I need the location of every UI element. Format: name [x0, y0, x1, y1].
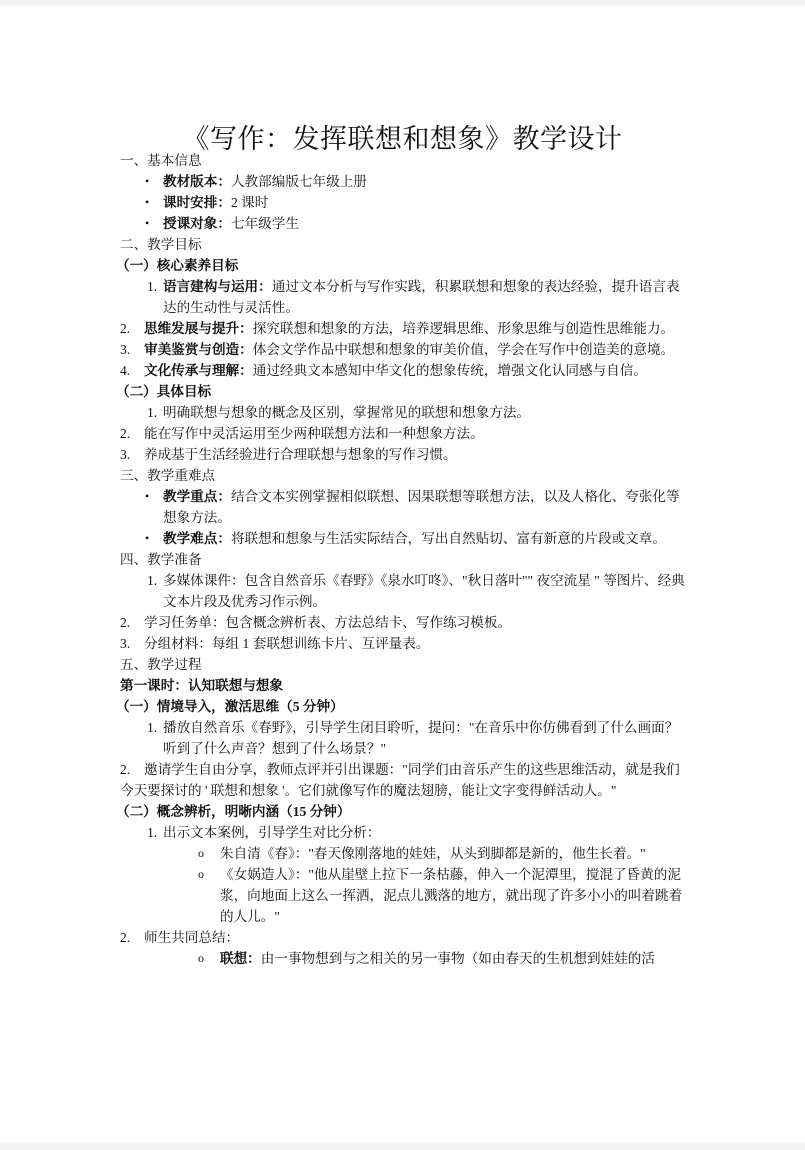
sub-list-item: o 联想：由一事物想到与之相关的另一事物（如由春天的生机想到娃娃的活 [120, 948, 686, 969]
section-heading-key-points: 三、教学重难点 [120, 465, 686, 486]
sub-list-item: o 《女娲造人》："他从崖壁上拉下一条枯藤，伸入一个泥潭里，搅混了昏黄的泥浆，向… [120, 864, 686, 927]
bullet-icon: • [145, 192, 149, 213]
section-heading-process: 五、教学过程 [120, 654, 686, 675]
list-item: 2.学习任务单：包含概念辨析表、方法总结卡、写作练习模板。 [120, 612, 686, 633]
circle-bullet-icon: o [198, 948, 204, 969]
list-item: • 教材版本：人教部编版七年级上册 [120, 171, 686, 192]
list-item: 2.思维发展与提升：探究联想和想象的方法，培养逻辑思维、形象思维与创造性思维能力… [120, 318, 686, 339]
section-heading-preparation: 四、教学准备 [120, 549, 686, 570]
document-body: 一、基本信息 • 教材版本：人教部编版七年级上册 • 课时安排：2 课时 • 授… [120, 104, 686, 969]
list-item: • 教学重点：结合文本实例掌握相似联想、因果联想等联想方法，以及人格化、夸张化等… [120, 486, 686, 528]
list-item: 2.师生共同总结： [120, 927, 686, 948]
list-item: 1. 语言建构与运用：通过文本分析与写作实践，积累联想和想象的表达经验，提升语言… [120, 276, 686, 318]
list-item: • 授课对象：七年级学生 [120, 213, 686, 234]
list-item: 1. 明确联想与想象的概念及区别，掌握常见的联想和想象方法。 [120, 402, 686, 423]
section-heading-basic-info: 一、基本信息 [120, 150, 686, 171]
sub-list-item: o 朱自清《春》："春天像刚落地的娃娃，从头到脚都是新的，他生长着。" [120, 843, 686, 864]
lesson-heading: 第一课时：认知联想与想象 [120, 675, 686, 696]
list-item: 3.养成基于生活经验进行合理联想与想象的写作习惯。 [120, 444, 686, 465]
bullet-icon: • [145, 528, 149, 549]
bullet-icon: • [145, 213, 149, 234]
subsection-heading: （二）具体目标 [116, 381, 686, 402]
list-item: 3.审美鉴赏与创造：体会文学作品中联想和想象的审美价值，学会在写作中创造美的意境… [120, 339, 686, 360]
bullet-icon: • [145, 171, 149, 192]
list-item: 3.分组材料：每组 1 套联想训练卡片、互评量表。 [120, 633, 686, 654]
list-item: 2.能在写作中灵活运用至少两种联想方法和一种想象方法。 [120, 423, 686, 444]
circle-bullet-icon: o [198, 864, 204, 885]
list-item: 4.文化传承与理解：通过经典文本感知中华文化的想象传统，增强文化认同感与自信。 [120, 360, 686, 381]
section-heading-teaching-goals: 二、教学目标 [120, 234, 686, 255]
list-item: 2.邀请学生自由分享，教师点评并引出课题："同学们由音乐产生的这些思维活动，就是… [120, 759, 686, 801]
subsection-heading: （一）核心素养目标 [116, 255, 686, 276]
step-heading: （一）情境导入，激活思维（5 分钟） [116, 696, 686, 717]
list-item: • 教学难点：将联想和想象与生活实际结合，写出自然贴切、富有新意的片段或文章。 [120, 528, 686, 549]
list-item: 1. 播放自然音乐《春野》，引导学生闭目聆听，提问："在音乐中你仿佛看到了什么画… [120, 717, 686, 759]
list-item: 1. 多媒体课件：包含自然音乐《春野》《泉水叮咚》、"秋日落叶"" 夜空流星 "… [120, 570, 686, 612]
bullet-icon: • [145, 486, 149, 507]
step-heading: （二）概念辨析，明晰内涵（15 分钟） [116, 801, 686, 822]
list-item: 1. 出示文本案例，引导学生对比分析： [120, 822, 686, 843]
list-item: • 课时安排：2 课时 [120, 192, 686, 213]
circle-bullet-icon: o [198, 843, 204, 864]
